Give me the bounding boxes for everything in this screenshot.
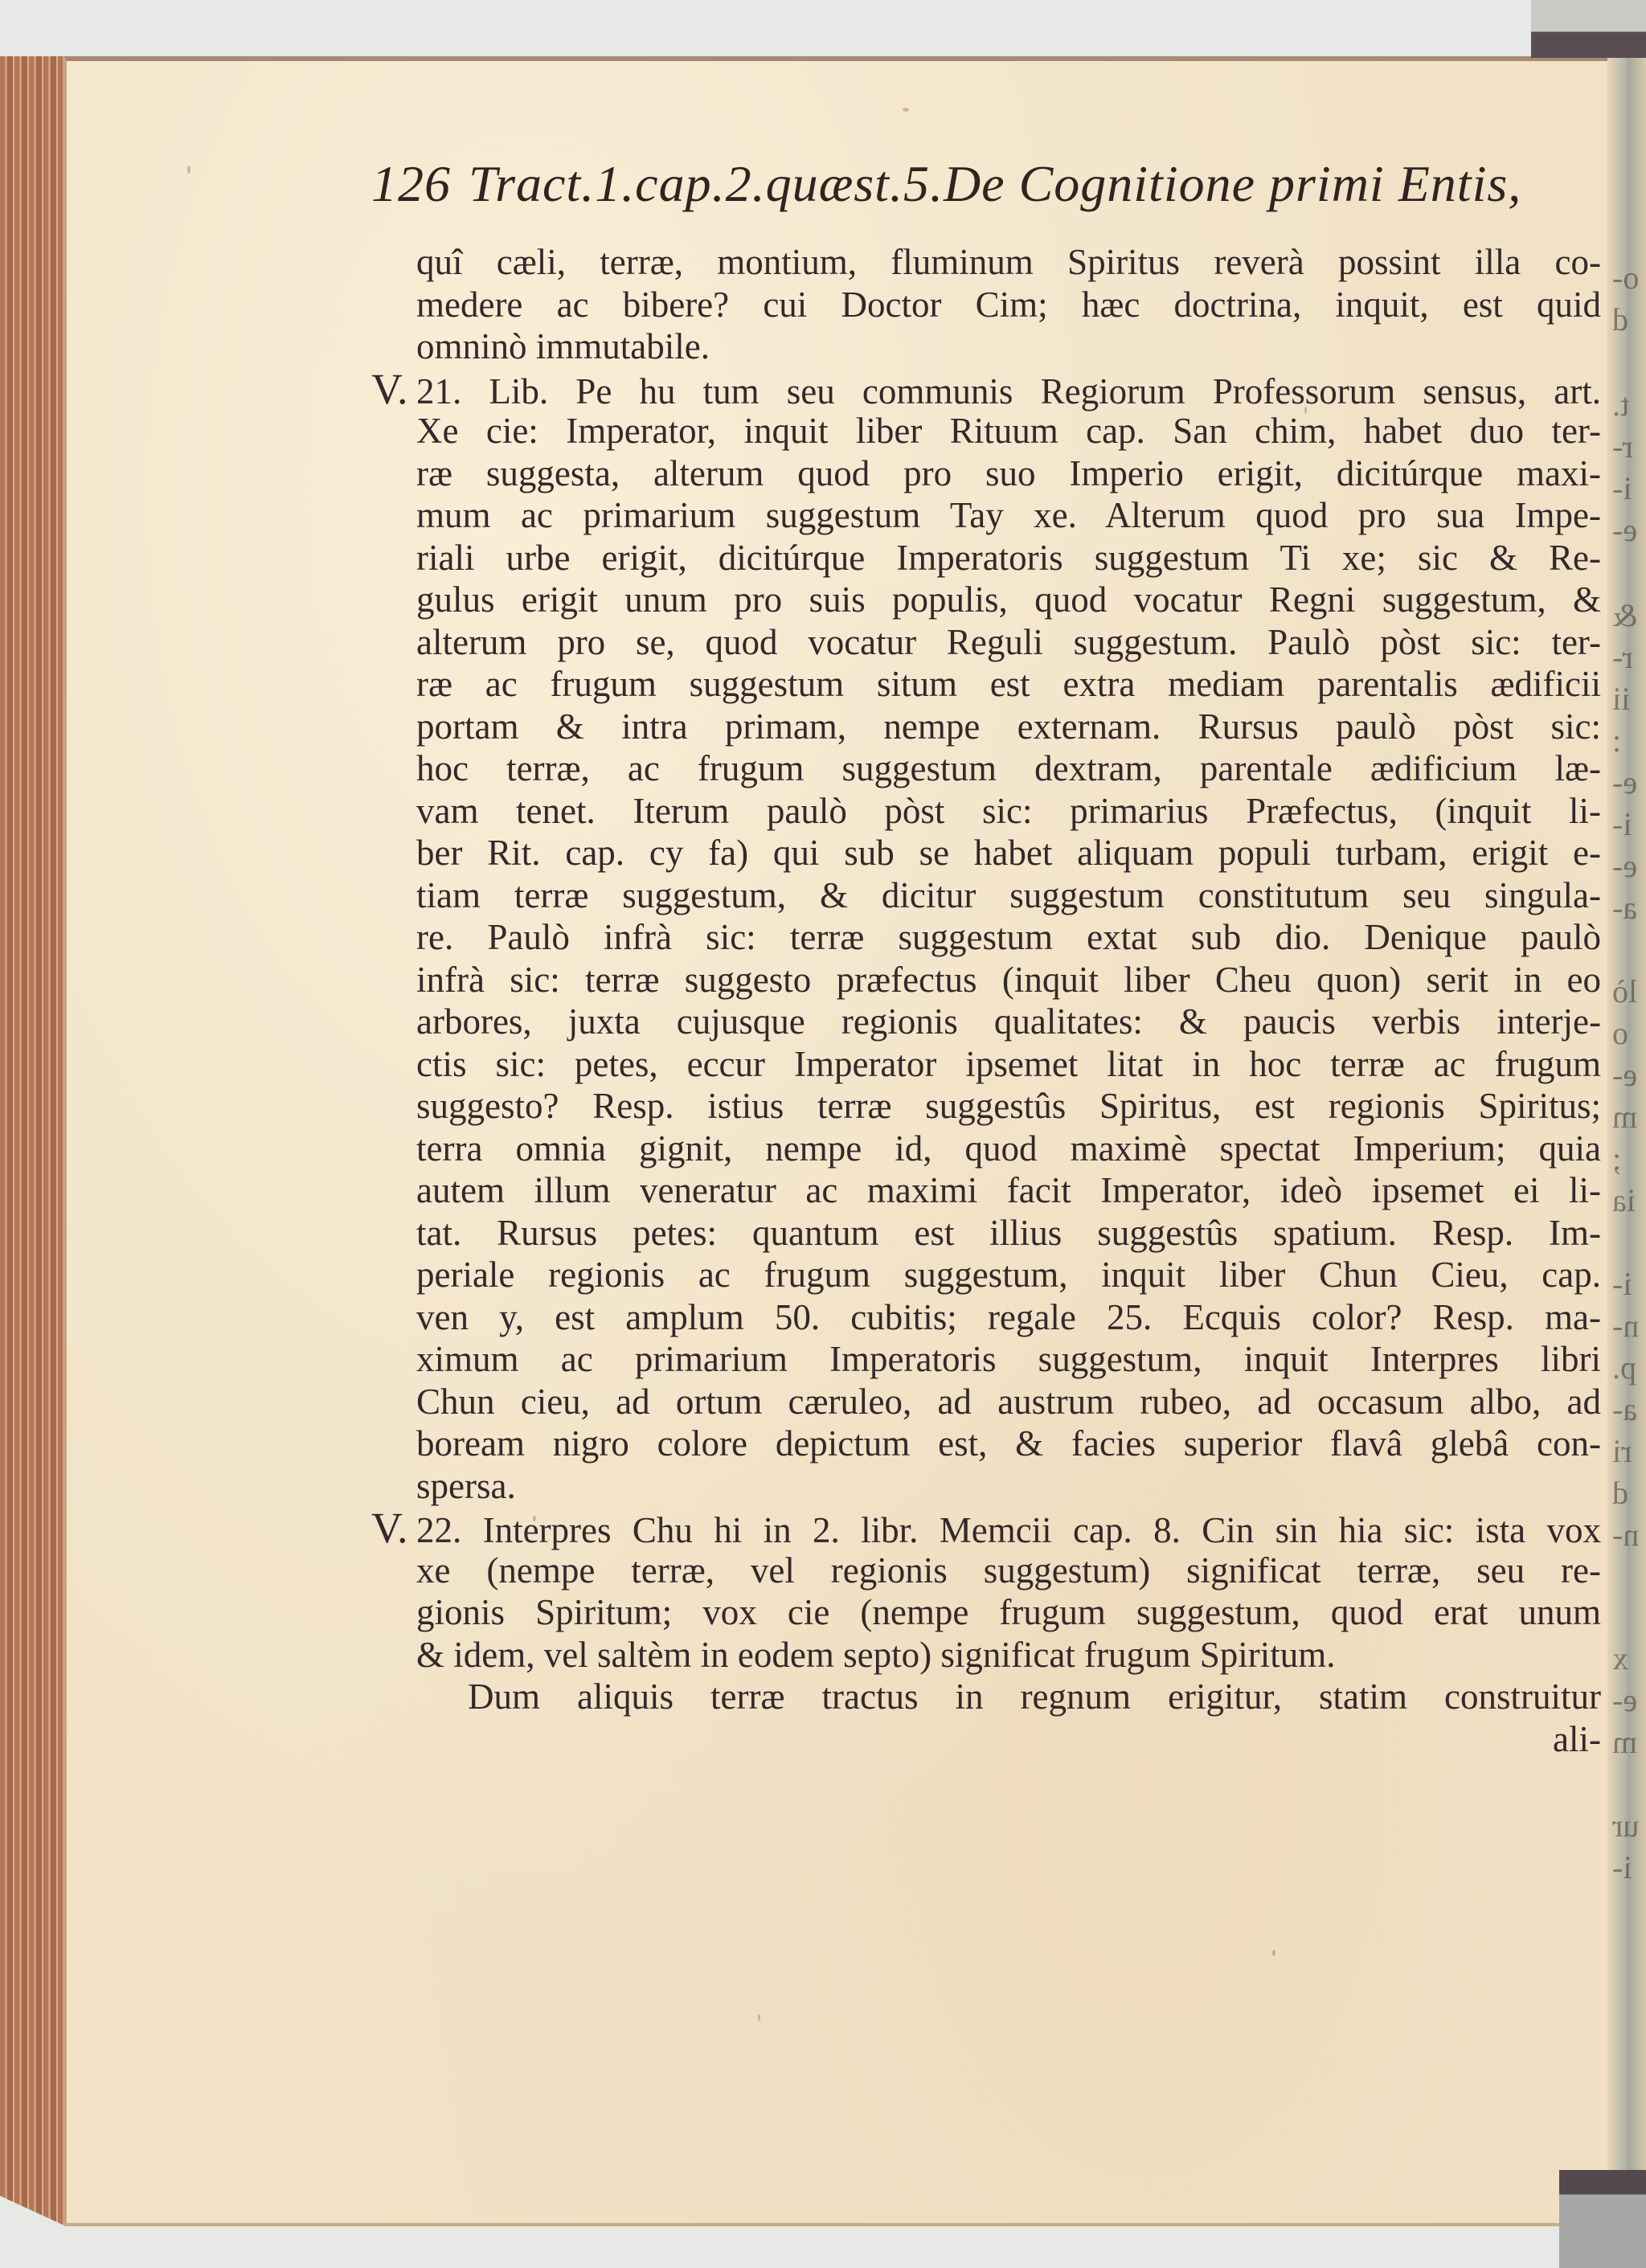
text-line: alterum pro se, quod vocatur Reguli sugg… xyxy=(371,621,1601,664)
verse-line: V.21. Lib. Pe hu tum seu communis Regior… xyxy=(371,368,1601,411)
text-line: infrà sic: terræ suggesto præfectus (inq… xyxy=(371,959,1601,1001)
text-line: suggesto? Resp. istius terræ suggestûs S… xyxy=(371,1085,1601,1128)
text-line: tat. Rursus petes: quantum est illius su… xyxy=(371,1212,1601,1255)
mirror-fragment: r- xyxy=(1612,428,1633,465)
text-line: hoc terræ, ac frugum suggestum dextram, … xyxy=(371,747,1601,790)
mirror-fragment: ur xyxy=(1612,1807,1639,1844)
text-line: 21. Lib. Pe hu tum seu communis Regiorum… xyxy=(416,371,1601,411)
mirror-fragment: lò xyxy=(1612,972,1637,1010)
mirror-fragment: o- xyxy=(1612,259,1639,297)
page-number: 126 xyxy=(371,155,451,212)
text-line: re. Paulò infrà sic: terræ suggestum ext… xyxy=(371,916,1601,959)
mirror-fragment: a- xyxy=(1612,889,1637,927)
text-line: spersa. xyxy=(371,1465,1601,1508)
text-line: ræ ac frugum suggestum situm est extra m… xyxy=(371,663,1601,706)
text-line: boream nigro colore depictum est, & faci… xyxy=(371,1423,1601,1465)
text-line: Xe cie: Imperator, inquit liber Rituum c… xyxy=(371,410,1601,452)
mirror-fragment: ia xyxy=(1612,1181,1636,1219)
mirror-fragment: e- xyxy=(1612,1681,1637,1719)
mirror-fragment: ri xyxy=(1612,1432,1632,1470)
mirror-fragment: m xyxy=(1612,1098,1637,1136)
text-line: 22. Interpres Chu hi in 2. libr. Memcii … xyxy=(416,1510,1601,1550)
mirror-fragment: a- xyxy=(1612,1390,1637,1428)
mirror-fragment: ii xyxy=(1612,680,1630,718)
mirror-fragment: i- xyxy=(1612,1265,1632,1303)
mirror-fragment: x xyxy=(1612,1640,1628,1677)
text-line: quî cæli, terræ, montium, fluminum Spiri… xyxy=(371,241,1601,284)
text-line: medere ac bibere? cui Doctor Cim; hæc do… xyxy=(371,284,1601,326)
running-title: Tract.1.cap.2.quæst.5.De Cognitione prim… xyxy=(469,155,1521,212)
mirror-fragment: o xyxy=(1612,1014,1628,1052)
mirror-fragment: i- xyxy=(1612,805,1632,843)
mirror-fragment: & xyxy=(1612,596,1637,634)
text-line: vam tenet. Iterum paulò pòst sic: primar… xyxy=(371,790,1601,833)
text-line: Dum aliquis terræ tractus in regnum erig… xyxy=(371,1676,1601,1718)
mirror-fragment: n- xyxy=(1612,1307,1639,1345)
text-line: mum ac primarium suggestum Tay xe. Alter… xyxy=(371,494,1601,537)
text-line: ximum ac primarium Imperatoris suggestum… xyxy=(371,1338,1601,1381)
text-line: & idem, vel saltèm in eodem septo) signi… xyxy=(371,1634,1601,1676)
mirror-fragment: d xyxy=(1612,1474,1628,1512)
mirror-fragment: r- xyxy=(1612,638,1633,676)
mirror-fragment: e- xyxy=(1612,764,1637,801)
mirror-fragment: d xyxy=(1612,301,1628,338)
mirror-fragment: n- xyxy=(1612,1516,1639,1554)
mirror-fragment: i- xyxy=(1612,469,1632,507)
verse-marker: V. xyxy=(371,1507,416,1550)
running-head: 126Tract.1.cap.2.quæst.5.De Cognitione p… xyxy=(371,154,1577,214)
scanner-frame-top xyxy=(1531,0,1646,58)
text-line: ræ suggesta, alterum quod pro suo Imperi… xyxy=(371,452,1601,495)
mirror-fragment: i- xyxy=(1612,1848,1632,1886)
text-line: omninò immutabile. xyxy=(371,325,1601,368)
book-page-edges xyxy=(0,56,66,2226)
scanner-frame-bottom xyxy=(1559,2170,1646,2268)
text-line: xe (nempe terræ, vel regionis suggestum)… xyxy=(371,1550,1601,1592)
verse-marker: V. xyxy=(371,368,416,411)
text-line: arbores, juxta cujusque regionis qualita… xyxy=(371,1001,1601,1043)
text-line: ctis sic: petes, eccur Imperator ipsemet… xyxy=(371,1043,1601,1086)
mirror-fragment: m xyxy=(1612,1723,1637,1761)
text-line: Chun cieu, ad ortum cæruleo, ad austrum … xyxy=(371,1381,1601,1423)
mirror-fragment: e- xyxy=(1612,847,1637,885)
text-line: ven y, est amplum 50. cubitis; regale 25… xyxy=(371,1296,1601,1339)
mirror-fragment: t. xyxy=(1612,386,1629,424)
text-line: gionis Spiritum; vox cie (nempe frugum s… xyxy=(371,1591,1601,1634)
text-line: riali urbe erigit, dicitúrque Imperatori… xyxy=(371,537,1601,579)
mirror-fragment: e- xyxy=(1612,1056,1637,1094)
text-line: periale regionis ac frugum suggestum, in… xyxy=(371,1254,1601,1296)
text-line: ber Rit. cap. cy fa) qui sub se habet al… xyxy=(371,832,1601,874)
mirror-fragment: : xyxy=(1612,722,1621,759)
mirror-fragment: e- xyxy=(1612,511,1637,549)
mirror-fragment: ; xyxy=(1612,1140,1621,1177)
body-text: quî cæli, terræ, montium, fluminum Spiri… xyxy=(371,241,1601,1760)
catchword: ali- xyxy=(371,1718,1601,1761)
text-line: terra omnia gignit, nempe id, quod maxim… xyxy=(371,1128,1601,1170)
text-line: tiam terræ suggestum, & dicitur suggestu… xyxy=(371,874,1601,917)
text-line: portam & intra primam, nempe externam. R… xyxy=(371,706,1601,748)
text-line: autem illum veneratur ac maximi facit Im… xyxy=(371,1169,1601,1212)
mirror-fragment: p. xyxy=(1612,1349,1636,1386)
text-line: gulus erigit unum pro suis populis, quod… xyxy=(371,579,1601,621)
book-scan: 126Tract.1.cap.2.quæst.5.De Cognitione p… xyxy=(0,0,1646,2268)
verse-line: V.22. Interpres Chu hi in 2. libr. Memci… xyxy=(371,1507,1601,1550)
